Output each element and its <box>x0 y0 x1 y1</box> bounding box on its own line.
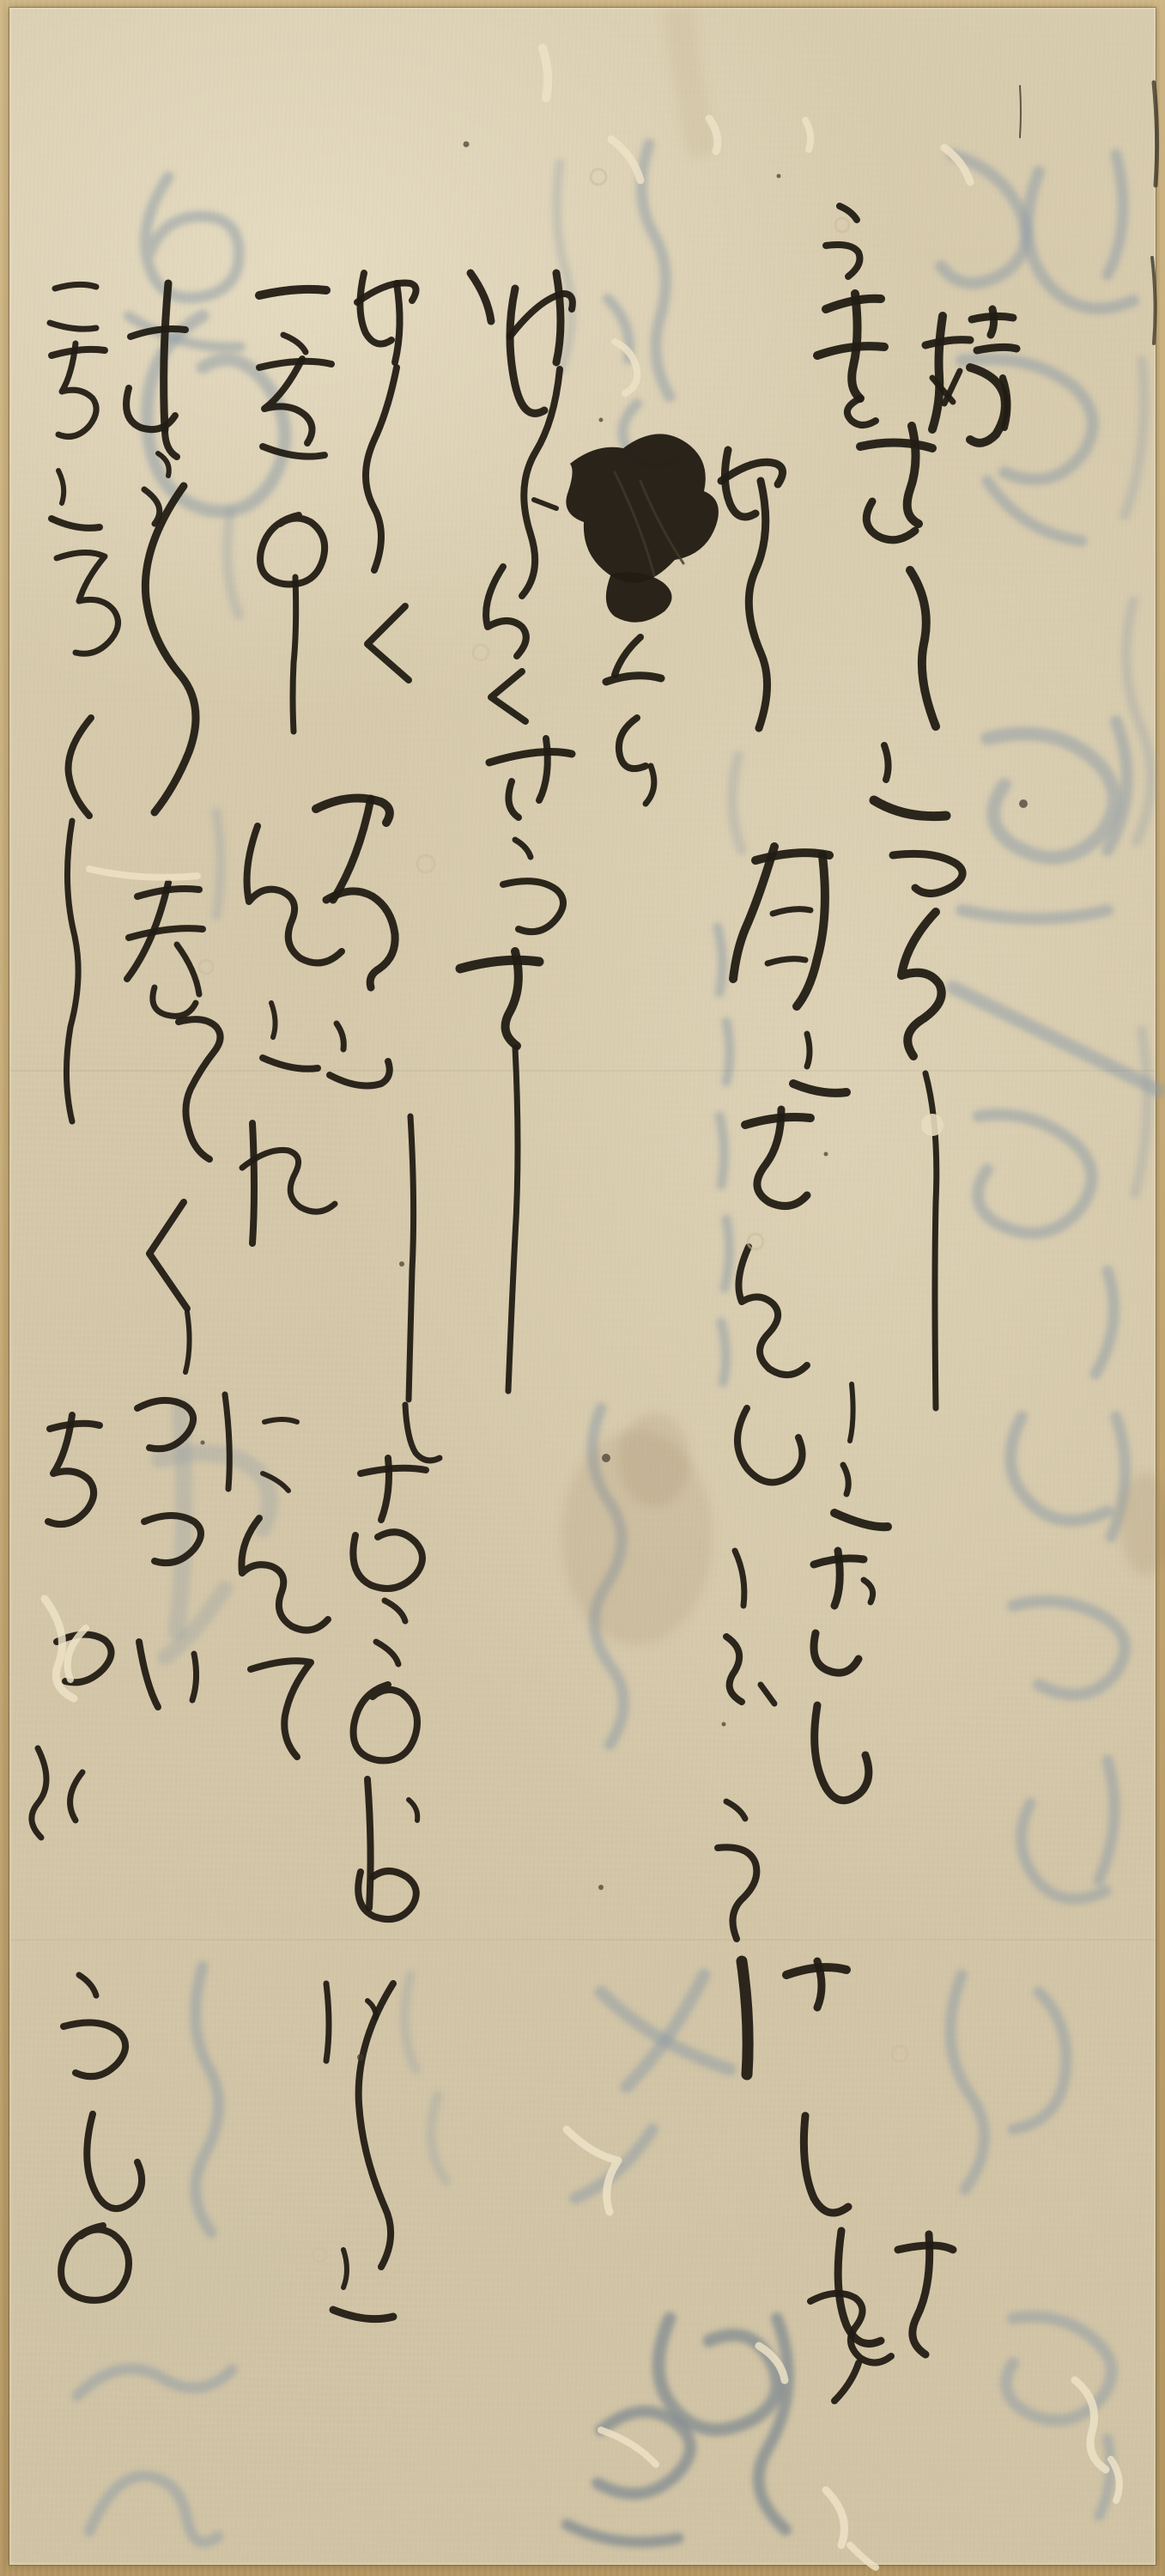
calligraphy-layer <box>0 0 1165 2576</box>
manuscript-photograph <box>0 0 1165 2576</box>
paper-grain-texture <box>9 8 1156 2565</box>
